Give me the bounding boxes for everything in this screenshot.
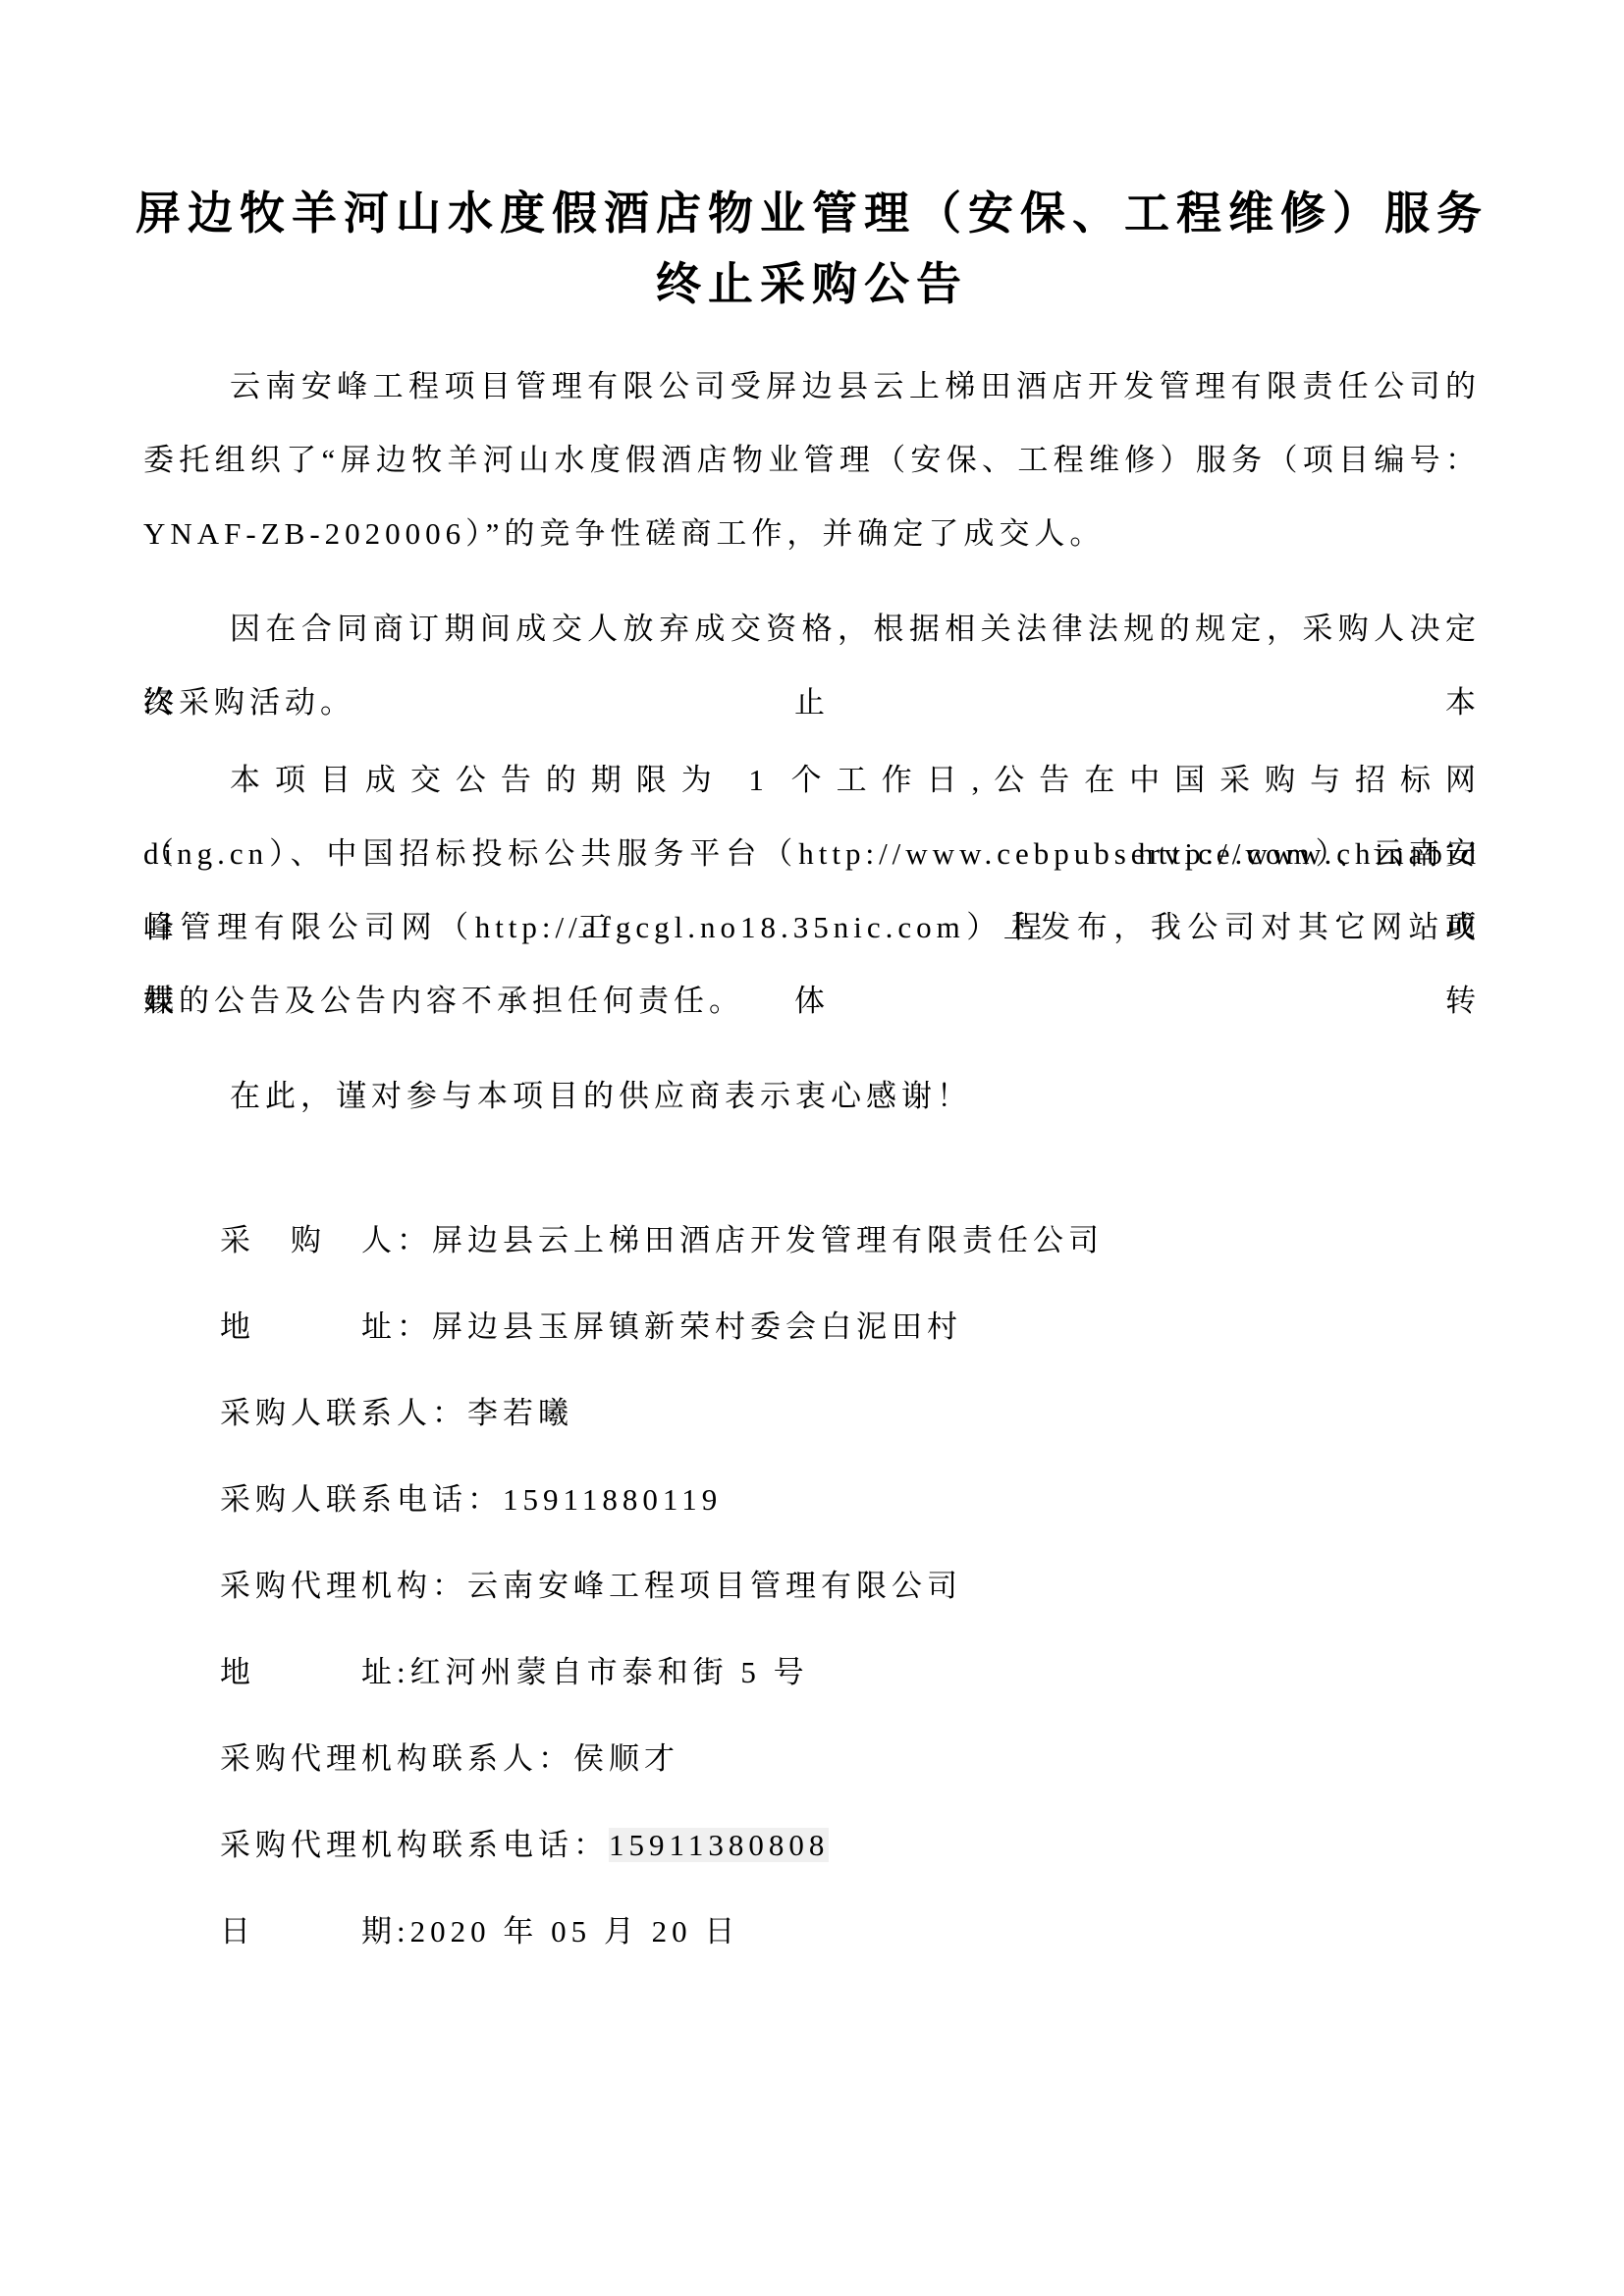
contact-label: 采购人联系电话：: [220, 1482, 503, 1517]
paragraph-line: 委托组织了“屏边牧羊河山水度假酒店物业管理（安保、工程维修）服务（项目编号：: [143, 423, 1481, 497]
contact-value: 屏边县玉屏镇新荣村委会白泥田村: [432, 1309, 962, 1344]
contact-value: 云南安峰工程项目管理有限公司: [467, 1569, 962, 1603]
paragraph-line: 云南安峰工程项目管理有限公司受屏边县云上梯田酒店开发管理有限责任公司的: [143, 349, 1481, 423]
paragraph-line: YNAF-ZB-2020006）”的竞争性磋商工作，并确定了成交人。: [143, 497, 1481, 570]
paragraph-3: 本项目成交公告的期限为 1 个工作日,公告在中国采购与招标网（http://ww…: [143, 743, 1481, 1038]
title-line-1: 屏边牧羊河山水度假酒店物业管理（安保、工程维修）服务: [114, 179, 1510, 249]
document-page: 屏边牧羊河山水度假酒店物业管理（安保、工程维修）服务 终止采购公告 云南安峰工程…: [0, 0, 1624, 2296]
contact-row-buyer-contact-person: 采购人联系人：李若曦: [143, 1370, 1481, 1457]
contact-value: 李若曦: [467, 1396, 573, 1430]
paragraph-line: 目管理有限公司网（http://afgcgl.no18.35nic.com）上发…: [143, 890, 1481, 964]
document-title: 屏边牧羊河山水度假酒店物业管理（安保、工程维修）服务 终止采购公告: [114, 179, 1510, 320]
contact-row-buyer: 采 购 人：屏边县云上梯田酒店开发管理有限责任公司: [143, 1198, 1481, 1284]
contact-value: 15911880119: [503, 1482, 722, 1517]
contact-label: 地 址:: [220, 1655, 410, 1689]
contact-label: 采购代理机构联系人：: [220, 1741, 573, 1776]
paragraph-line: ding.cn）、中国招标投标公共服务平台（http://www.cebpubs…: [143, 817, 1481, 890]
contact-value: 红河州蒙自市泰和街 5 号: [410, 1655, 809, 1689]
title-line-2: 终止采购公告: [114, 249, 1510, 320]
contact-label: 采 购 人：: [220, 1223, 432, 1257]
paragraph-1: 云南安峰工程项目管理有限公司受屏边县云上梯田酒店开发管理有限责任公司的 委托组织…: [143, 349, 1481, 570]
paragraph-line: 在此，谨对参与本项目的供应商表示衷心感谢！: [143, 1059, 1481, 1133]
contact-row-agency-phone: 采购代理机构联系电话：15911380808: [143, 1802, 1481, 1889]
contact-label: 地 址：: [220, 1309, 432, 1344]
contact-row-agency-address: 地 址:红河州蒙自市泰和街 5 号: [143, 1629, 1481, 1716]
paragraph-4: 在此，谨对参与本项目的供应商表示衷心感谢！: [143, 1059, 1481, 1133]
paragraph-line: 因在合同商订期间成交人放弃成交资格，根据相关法律法规的规定，采购人决定终止本: [143, 592, 1481, 666]
contact-value: 侯顺才: [573, 1741, 679, 1776]
contact-label: 日 期:: [220, 1914, 410, 1949]
contact-row-date: 日 期:2020 年 05 月 20 日: [143, 1889, 1481, 1975]
paragraph-2: 因在合同商订期间成交人放弃成交资格，根据相关法律法规的规定，采购人决定终止本 次…: [143, 592, 1481, 739]
contact-row-agency-contact-person: 采购代理机构联系人：侯顺才: [143, 1716, 1481, 1802]
contact-row-agency: 采购代理机构：云南安峰工程项目管理有限公司: [143, 1543, 1481, 1629]
contact-row-buyer-phone: 采购人联系电话：15911880119: [143, 1457, 1481, 1543]
contact-value: 2020 年 05 月 20 日: [410, 1914, 740, 1949]
contact-row-buyer-address: 地 址：屏边县玉屏镇新荣村委会白泥田村: [143, 1284, 1481, 1370]
contact-label: 采购代理机构：: [220, 1569, 467, 1603]
contact-label: 采购人联系人：: [220, 1396, 467, 1430]
contact-block: 采 购 人：屏边县云上梯田酒店开发管理有限责任公司 地 址：屏边县玉屏镇新荣村委…: [143, 1198, 1481, 1975]
contact-label: 采购代理机构联系电话：: [220, 1828, 609, 1862]
paragraph-line: 本项目成交公告的期限为 1 个工作日,公告在中国采购与招标网（http://ww…: [143, 743, 1481, 817]
contact-value: 15911380808: [609, 1828, 829, 1862]
contact-value: 屏边县云上梯田酒店开发管理有限责任公司: [432, 1223, 1104, 1257]
